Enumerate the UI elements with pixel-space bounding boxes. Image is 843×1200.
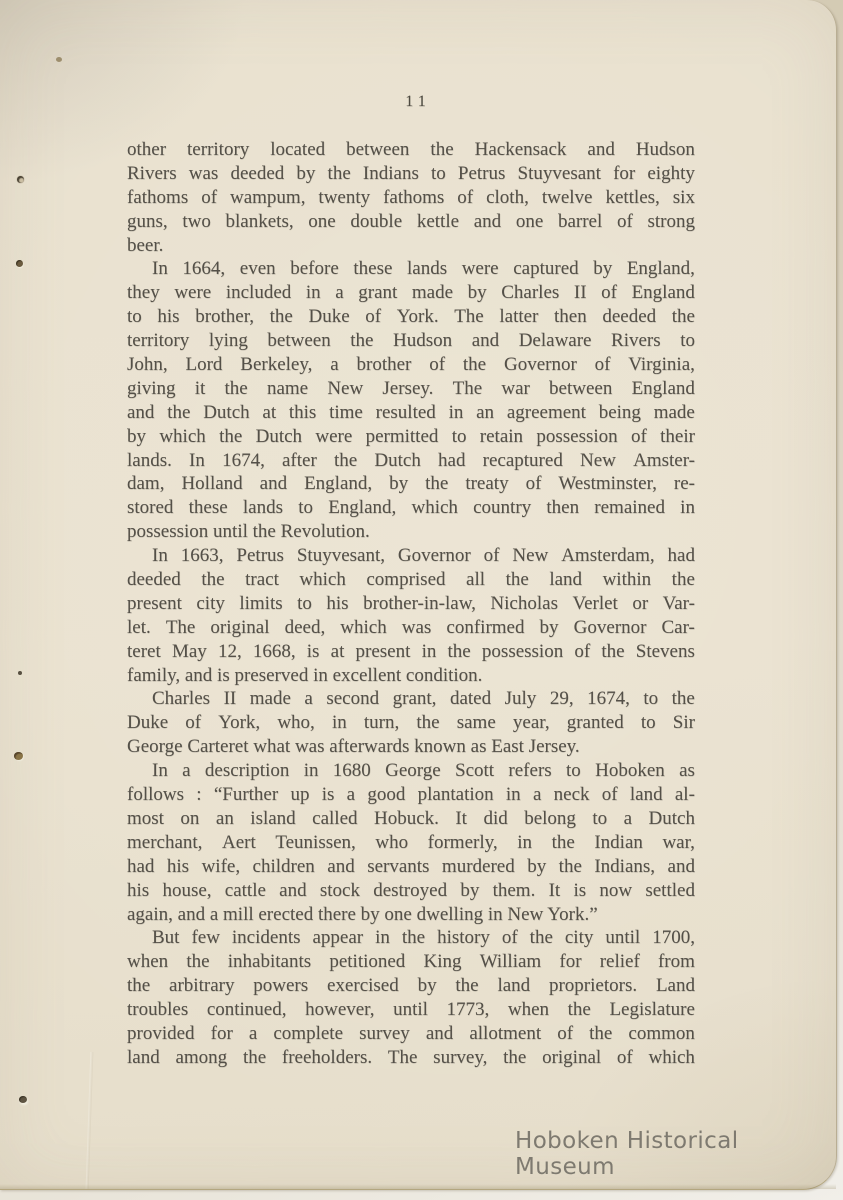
paragraph: Butfewincidentsappearinthehistoryoftheci… [127,926,695,1069]
text-line: DukeofYork,who,inturn,thesameyear,grante… [127,711,695,735]
binding-hole [19,1096,27,1103]
text-line: John,LordBerkeley,abrotheroftheGovernoro… [127,353,695,377]
text-line: lands.In1674,aftertheDutchhadrecapturedN… [127,449,695,473]
text-line: whentheinhabitantspetitionedKingWilliamf… [127,950,695,974]
text-line: George Carteret what was afterwards know… [127,735,695,759]
text-line: teretMay12,1668,isatpresentinthepossessi… [127,640,695,664]
text-line: In1663,PetrusStuyvesant,GovernorofNewAms… [127,544,695,568]
text-line: possession until the Revolution. [127,520,695,544]
paragraph: In1664,evenbeforetheselandswerecapturedb… [127,257,695,544]
text-line: dam,HollandandEngland,bythetreatyofWestm… [127,472,695,496]
text-line: theywereincludedinagrantmadebyCharlesIIo… [127,281,695,305]
text-line: mostonanislandcalledHobuck.Itdidbelongto… [127,807,695,831]
paragraph: In1663,PetrusStuyvesant,GovernorofNewAms… [127,544,695,687]
text-line: bywhichtheDutchwerepermittedtoretainposs… [127,425,695,449]
text-line: hadhiswife,childrenandservantsmurderedby… [127,855,695,879]
text-line: beer. [127,234,695,258]
text-line: CharlesIImadeasecondgrant,datedJuly29,16… [127,687,695,711]
text-line: troublescontinued,however,until1773,when… [127,998,695,1022]
text-line: providedforacompletesurveyandallotmentof… [127,1022,695,1046]
paragraph: Inadescriptionin1680GeorgeScottreferstoH… [127,759,695,926]
page-edge-bottom [0,1184,836,1189]
page-number: 11 [0,93,836,111]
text-line: again, and a mill erected there by one d… [127,903,695,927]
text-line: Butfewincidentsappearinthehistoryoftheci… [127,926,695,950]
paragraph: CharlesIImadeasecondgrant,datedJuly29,16… [127,687,695,759]
binding-hole [56,57,62,62]
text-line: storedtheselandstoEngland,whichcountryth… [127,496,695,520]
page-text: otherterritorylocatedbetweentheHackensac… [127,138,695,1070]
text-line: landamongthefreeholders.Thesurvey,theori… [127,1046,695,1070]
binding-hole [18,671,22,675]
text-line: follows:“Furtherupisagoodplantationinane… [127,783,695,807]
text-line: givingitthenameNewJersey.ThewarbetweenEn… [127,377,695,401]
scanned-page: 11 otherterritorylocatedbetweentheHacken… [0,0,837,1190]
text-line: thearbitrarypowersexercisedbythelandprop… [127,974,695,998]
text-line: hishouse,cattleandstockdestroyedbythem.I… [127,879,695,903]
paragraph: otherterritorylocatedbetweentheHackensac… [127,138,695,257]
text-line: let.Theoriginaldeed,whichwasconfirmedbyG… [127,616,695,640]
binding-hole [16,260,23,267]
text-line: andtheDutchatthistimeresultedinanagreeme… [127,401,695,425]
text-line: otherterritorylocatedbetweentheHackensac… [127,138,695,162]
text-line: RiverswasdeededbytheIndianstoPetrusStuyv… [127,162,695,186]
text-line: guns,twoblankets,onedoublekettleandoneba… [127,210,695,234]
text-line: territorylyingbetweentheHudsonandDelawar… [127,329,695,353]
text-line: fathomsofwampum,twentyfathomsofcloth,twe… [127,186,695,210]
paper-crease [86,1052,94,1189]
text-line: tohisbrother,theDukeofYork.Thelatterthen… [127,305,695,329]
text-line: family, and is preserved in excellent co… [127,664,695,688]
text-line: Inadescriptionin1680GeorgeScottreferstoH… [127,759,695,783]
text-line: deededthetractwhichcomprisedallthelandwi… [127,568,695,592]
binding-hole [17,176,24,183]
text-line: presentcitylimitstohisbrother-in-law,Nic… [127,592,695,616]
text-line: merchant,AertTeunissen,whoformerly,inthe… [127,831,695,855]
text-line: In1664,evenbeforetheselandswerecapturedb… [127,257,695,281]
binding-hole [14,752,23,760]
watermark: Hoboken Historical Museum [515,1128,836,1180]
